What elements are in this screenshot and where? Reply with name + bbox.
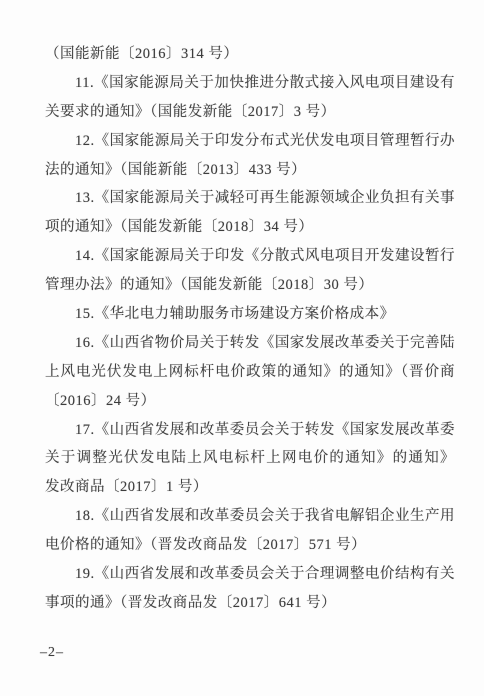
text-line: 11.《国家能源局关于加快推进分散式接入风电项目建设有 xyxy=(45,69,455,98)
text-line: 12.《国家能源局关于印发分布式光伏发电项目管理暂行办 xyxy=(45,127,455,156)
text-line: 18.《山西省发展和改革委员会关于我省电解铝企业生产用 xyxy=(45,502,455,531)
text-line: 16.《山西省物价局关于转发《国家发展改革委关于完善陆 xyxy=(45,329,455,358)
document-body: （国能新能〔2016〕314 号） 11.《国家能源局关于加快推进分散式接入风电… xyxy=(45,40,455,618)
text-line: 电价格的通知》（晋发改商品发〔2017〕571 号） xyxy=(45,531,455,560)
text-line: 19.《山西省发展和改革委员会关于合理调整电价结构有关 xyxy=(45,560,455,589)
text-line: 〔2016〕24 号） xyxy=(45,387,455,416)
text-line: 关于调整光伏发电陆上风电标杆上网电价的通知》的通知》（晋 xyxy=(45,444,455,473)
document-page: （国能新能〔2016〕314 号） 11.《国家能源局关于加快推进分散式接入风电… xyxy=(0,0,484,696)
text-line: 17.《山西省发展和改革委员会关于转发《国家发展改革委 xyxy=(45,416,455,445)
text-line: （国能新能〔2016〕314 号） xyxy=(45,40,455,69)
page-number: –2– xyxy=(40,643,64,663)
text-line: 13.《国家能源局关于减轻可再生能源领域企业负担有关事 xyxy=(45,184,455,213)
text-line: 管理办法》的通知》（国能发新能〔2018〕30 号） xyxy=(45,271,455,300)
text-line: 14.《国家能源局关于印发《分散式风电项目开发建设暂行 xyxy=(45,242,455,271)
text-line: 项的通知》（国能发新能〔2018〕34 号） xyxy=(45,213,455,242)
text-line: 事项的通》（晋发改商品发〔2017〕641 号） xyxy=(45,589,455,618)
text-line: 发改商品〔2017〕1 号） xyxy=(45,473,455,502)
text-line: 关要求的通知》（国能发新能〔2017〕3 号） xyxy=(45,98,455,127)
text-line: 法的通知》（国能新能〔2013〕433 号） xyxy=(45,156,455,185)
text-line: 15.《华北电力辅助服务市场建设方案价格成本》 xyxy=(45,300,455,329)
text-line: 上风电光伏发电上网标杆电价政策的通知》的通知》（晋价商字 xyxy=(45,358,455,387)
